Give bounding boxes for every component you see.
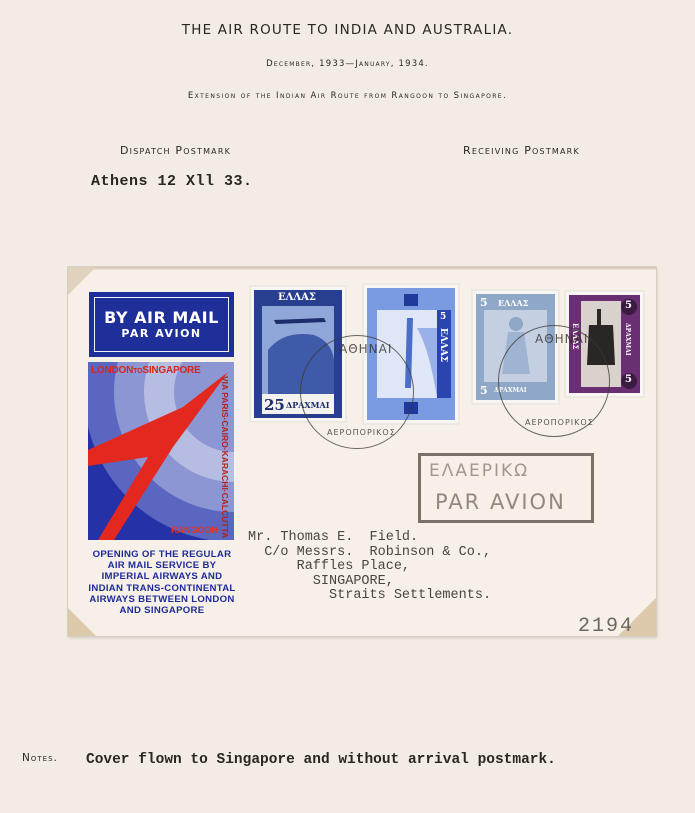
stamp2-country: ΕΛΛΑΣ	[438, 328, 448, 362]
address-line-4: SINGAPORE,	[248, 575, 491, 590]
cancel1-city: ΑΘΗΝΑΙ	[339, 342, 392, 356]
page-title: THE AIR ROUTE TO INDIA AND AUSTRALIA.	[0, 22, 695, 38]
stamp3-value-top: 5	[480, 296, 488, 309]
notes-value: Cover flown to Singapore and without arr…	[86, 752, 556, 768]
dispatch-postmark-value: Athens 12 Xll 33.	[91, 173, 253, 190]
receiving-postmark-label: Receiving Postmark	[463, 144, 580, 157]
date-range: December, 1933—January, 1934.	[0, 59, 695, 69]
airmail-label: BY AIR MAIL PAR AVION	[89, 292, 234, 357]
cancel2-city: ΑΘΗΝΑΙ	[535, 332, 588, 346]
address-line-1: Mr. Thomas E. Field.	[248, 531, 491, 546]
athens-cancel-2: ΑΘΗΝΑΙ ΑΕΡΟΠΟΡΙΚΟΣ	[498, 325, 610, 437]
athens-cancel-1: ΑΘΗΝΑΙ ΑΕΡΟΠΟΡΙΚΟΣ	[300, 335, 414, 449]
vignette-destination: RANGOON·	[171, 525, 221, 535]
stamp1-value: 25	[264, 396, 285, 414]
recipient-address: Mr. Thomas E. Field. C/o Messrs. Robinso…	[248, 531, 491, 604]
airmail-line2: PAR AVION	[121, 327, 201, 341]
airmail-label-frame: BY AIR MAIL PAR AVION	[94, 297, 229, 352]
address-line-3: Raffles Place,	[248, 560, 491, 575]
stamp4-currency: ΔΡΑΧΜΑΙ	[624, 323, 631, 356]
stamp2-value: 5	[440, 312, 446, 322]
london-singapore-vignette: LONDONTOSINGAPORE VIA PARIS·CAIRO·KARACH…	[88, 362, 234, 540]
cachet-greek-line: ΕΛΑΕΡΙΚΩ	[429, 461, 529, 481]
par-avion-cachet: ΕΛΑΕΡΙΚΩ PAR AVION	[418, 453, 594, 523]
vignette-title-to: TO	[133, 368, 142, 375]
vignette-title-london: LONDON	[91, 365, 133, 376]
address-line-5: Straits Settlements.	[248, 589, 491, 604]
page-subtitle: Extension of the Indian Air Route from R…	[0, 91, 695, 101]
envelope-cover: BY AIR MAIL PAR AVION LONDONTOSINGAPORE …	[68, 267, 656, 636]
cachet-par-avion-line: PAR AVION	[435, 490, 566, 514]
airmail-line1: BY AIR MAIL	[104, 308, 219, 327]
catalog-number: 2194	[578, 615, 634, 638]
cancel1-bottom: ΑΕΡΟΠΟΡΙΚΟΣ	[327, 428, 396, 437]
notes-label: Notes.	[22, 752, 58, 764]
cancel2-bottom: ΑΕΡΟΠΟΡΙΚΟΣ	[525, 418, 594, 427]
vignette-title-singapore: SINGAPORE	[142, 365, 200, 376]
vignette-via-route: VIA PARIS·CAIRO·KARACHI·CALCUTTA	[220, 376, 230, 538]
vignette-artwork-icon	[88, 362, 234, 540]
dispatch-postmark-label: Dispatch Postmark	[120, 144, 231, 157]
opening-service-text: OPENING OF THE REGULAR AIR MAIL SERVICE …	[88, 549, 236, 616]
stamp3-country: ΕΛΛΑΣ	[498, 298, 528, 308]
stamp4-value-top: 5	[625, 300, 632, 311]
address-line-2: C/o Messrs. Robinson & Co.,	[248, 546, 491, 561]
stamp4-value-bottom: 5	[625, 374, 632, 385]
photo-corner-top-left	[68, 267, 96, 295]
vignette-title: LONDONTOSINGAPORE	[91, 365, 201, 376]
stamp3-value-bottom: 5	[480, 384, 488, 397]
envelope-top-edge	[68, 267, 656, 270]
stamp1-country: ΕΛΛΑΣ	[278, 292, 316, 303]
